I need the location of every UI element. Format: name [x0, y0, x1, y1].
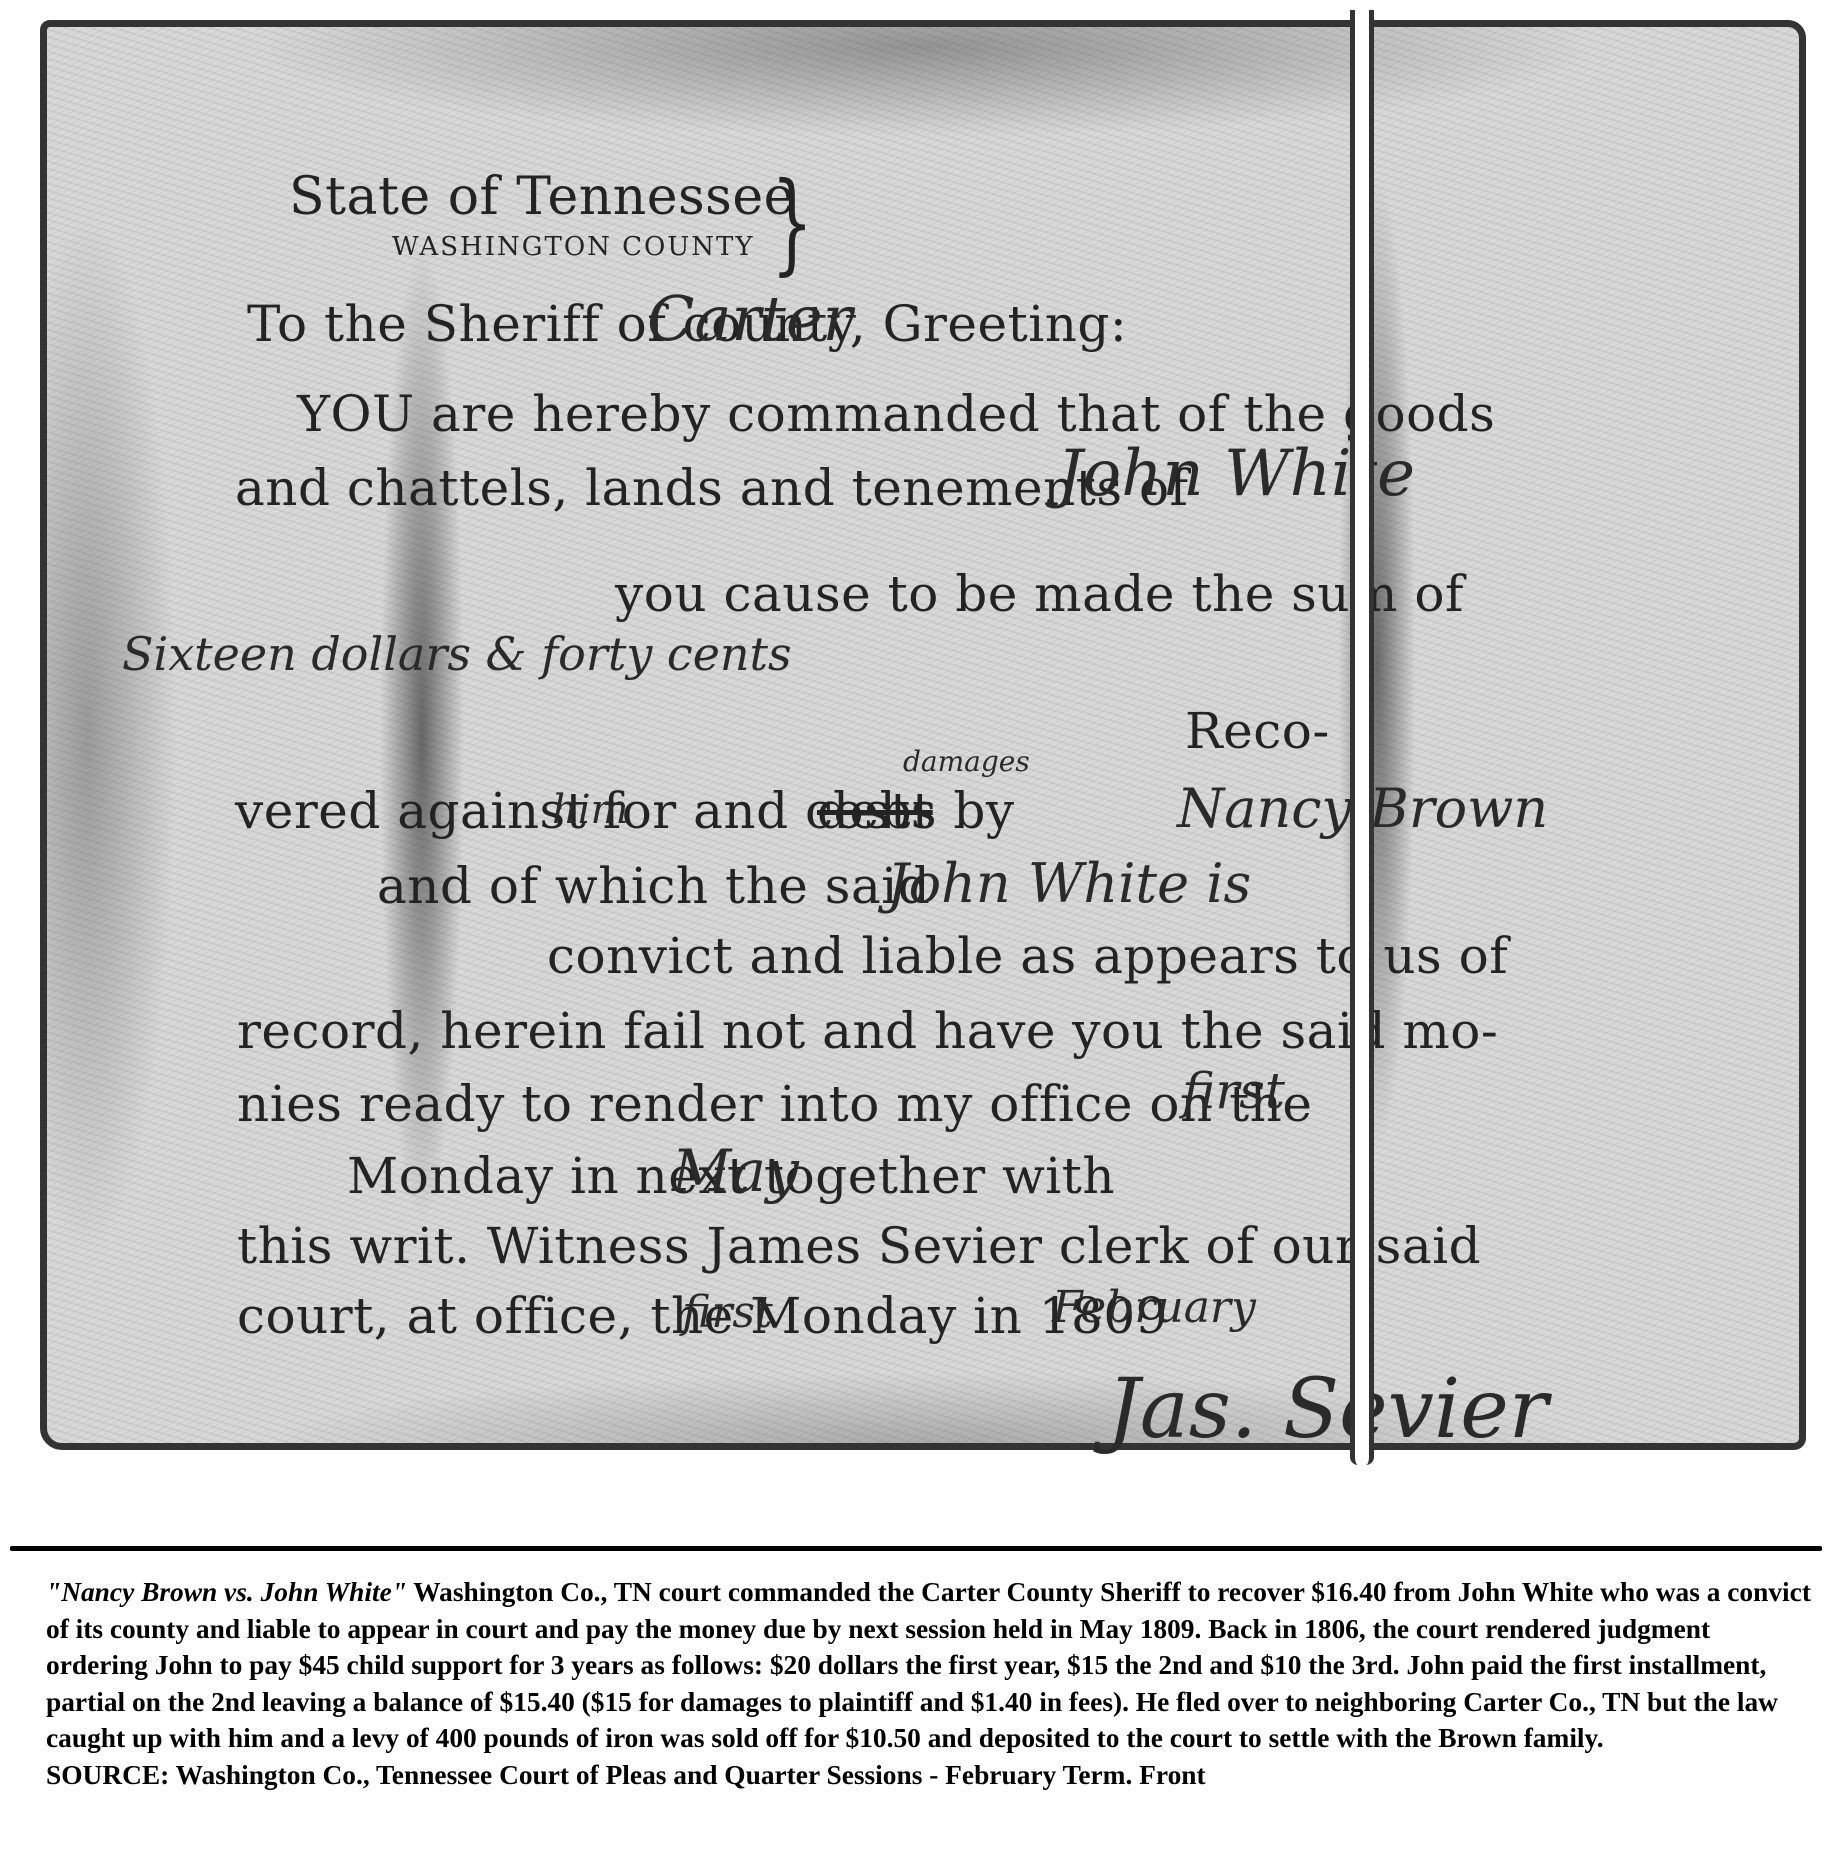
handwritten-sum: Sixteen dollars & forty cents — [122, 627, 792, 681]
struck-word: debt — [817, 782, 933, 840]
heading-state: State of Tennessee — [289, 167, 795, 227]
printed-line-4: you cause to be made the sum of — [615, 565, 1464, 623]
caption-source: SOURCE: Washington Co., Tennessee Court … — [46, 1760, 1206, 1790]
heading-county: WASHINGTON COUNTY — [392, 232, 755, 262]
printed-line-9: record, herein fail not and have you the… — [237, 1002, 1498, 1060]
handwritten-first: first — [1182, 1062, 1285, 1120]
divider-rule — [10, 1546, 1822, 1551]
handwritten-damages: damages — [903, 745, 1030, 778]
printed-line-12: this writ. Witness James Sevier clerk of… — [237, 1217, 1481, 1275]
printed-line-10: nies ready to render into my office on t… — [237, 1075, 1312, 1133]
printed-line-2: YOU are hereby commanded that of the goo… — [297, 385, 1495, 443]
paper-sheet: State of Tennessee WASHINGTON COUNTY } T… — [40, 20, 1806, 1450]
printed-line-7: and of which the said — [377, 857, 930, 915]
handwritten-county: Carter — [647, 282, 852, 355]
page-fold-gap — [1350, 10, 1374, 1465]
handwritten-defendant-again: John White is — [887, 852, 1251, 915]
heading-brace: } — [771, 167, 813, 277]
handwritten-first-again: first — [682, 1287, 773, 1338]
handwritten-may: May — [672, 1137, 799, 1205]
printed-line-5: Reco- — [1185, 702, 1330, 760]
handwritten-against: him — [552, 787, 628, 833]
handwritten-month: February — [1052, 1282, 1256, 1333]
caption: "Nancy Brown vs. John White" Washington … — [46, 1574, 1816, 1793]
scanned-writ-image: State of Tennessee WASHINGTON COUNTY } T… — [40, 20, 1830, 1460]
caption-title: "Nancy Brown vs. John White" — [46, 1577, 407, 1607]
clerk-signature: Jas. Sevier — [1107, 1362, 1548, 1457]
printed-line-3: and chattels, lands and tenements of — [235, 459, 1189, 517]
